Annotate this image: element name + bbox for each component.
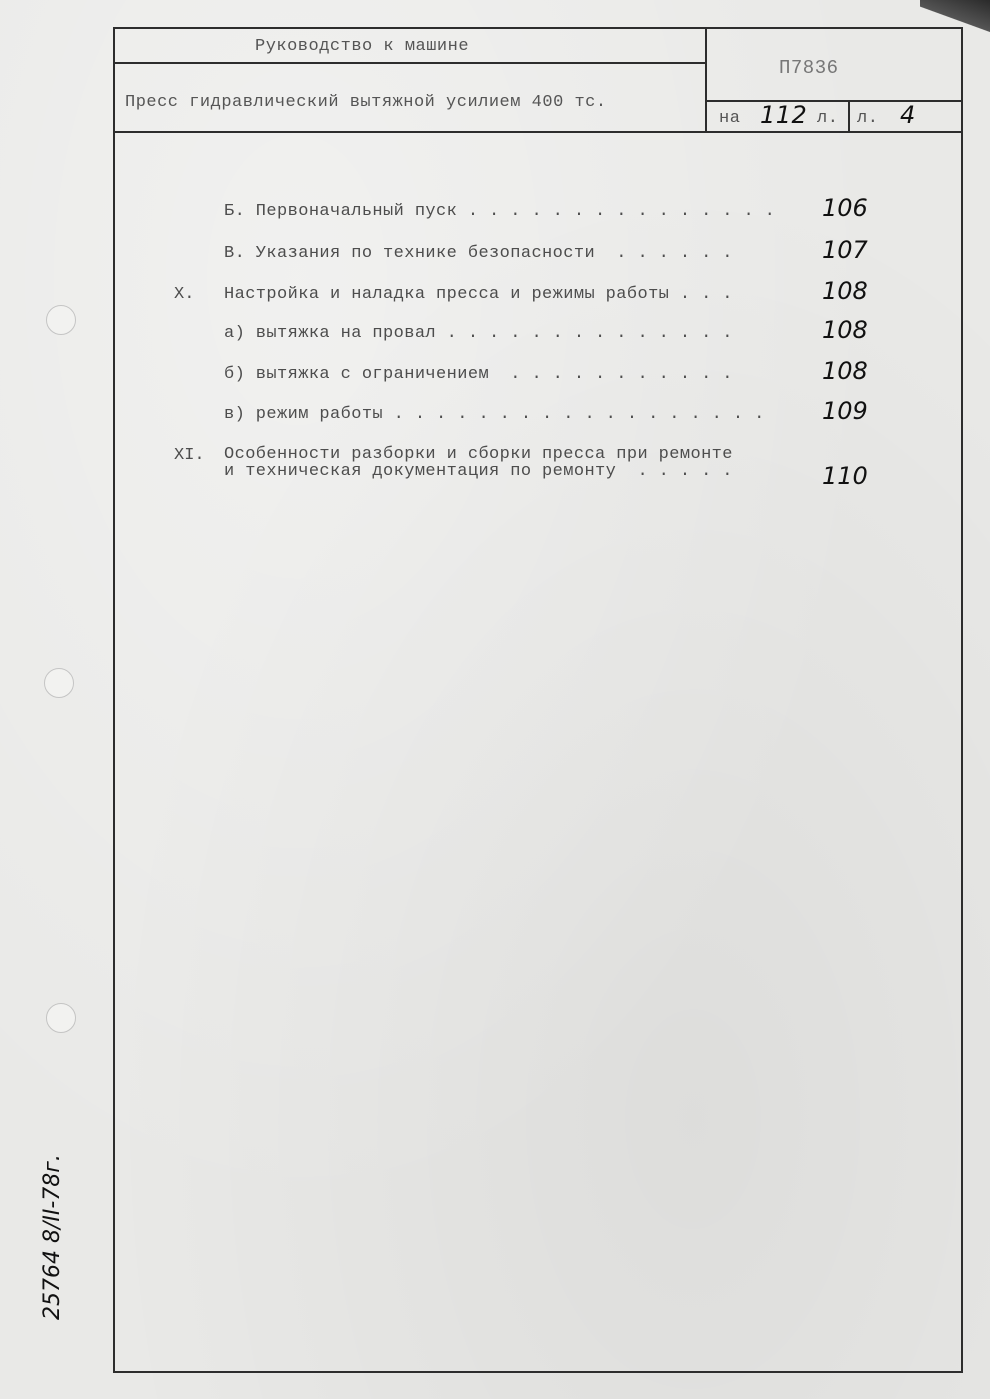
header-divider [705, 29, 707, 133]
document-code: П7836 [779, 57, 839, 79]
punch-hole [46, 1003, 76, 1033]
toc-item: В. Указания по технике безопасности . . … [224, 244, 733, 263]
sheet-label: л. [857, 109, 878, 128]
toc-page: 108 [822, 357, 868, 385]
header-divider [705, 100, 961, 102]
header-divider [115, 131, 961, 133]
header-divider [115, 62, 705, 64]
document-type: Руководство к машине [255, 37, 469, 56]
toc-page: 108 [822, 277, 868, 305]
handwritten-margin-note: 25764 8/II-78г. [40, 1154, 65, 1320]
toc-item: б) вытяжка с ограничением . . . . . . . … [224, 365, 733, 384]
toc-item: Б. Первоначальный пуск . . . . . . . . .… [224, 202, 775, 221]
toc-page: 106 [822, 194, 868, 222]
header-divider [848, 100, 850, 133]
page-frame: Руководство к машине Пресс гидравлически… [113, 27, 963, 1373]
punch-hole [46, 305, 76, 335]
toc-item: Настройка и наладка пресса и режимы рабо… [224, 285, 733, 304]
toc-page: 109 [822, 397, 868, 425]
toc-page: 108 [822, 316, 868, 344]
toc-page: 107 [822, 236, 868, 264]
toc-section-num: XI. [174, 446, 205, 465]
toc-item: а) вытяжка на провал . . . . . . . . . .… [224, 324, 733, 343]
document-title: Пресс гидравлический вытяжной усилием 40… [125, 93, 607, 112]
toc-item: в) режим работы . . . . . . . . . . . . … [224, 405, 765, 424]
total-sheets-label: на [719, 109, 740, 128]
toc-item: Особенности разборки и сборки пресса при… [224, 446, 733, 480]
punch-hole [44, 668, 74, 698]
total-sheets: 112 [760, 101, 807, 129]
toc-section-num: X. [174, 285, 194, 304]
total-sheets-suffix: л. [817, 109, 838, 128]
toc-page: 110 [822, 462, 868, 490]
sheet-number: 4 [900, 101, 916, 129]
